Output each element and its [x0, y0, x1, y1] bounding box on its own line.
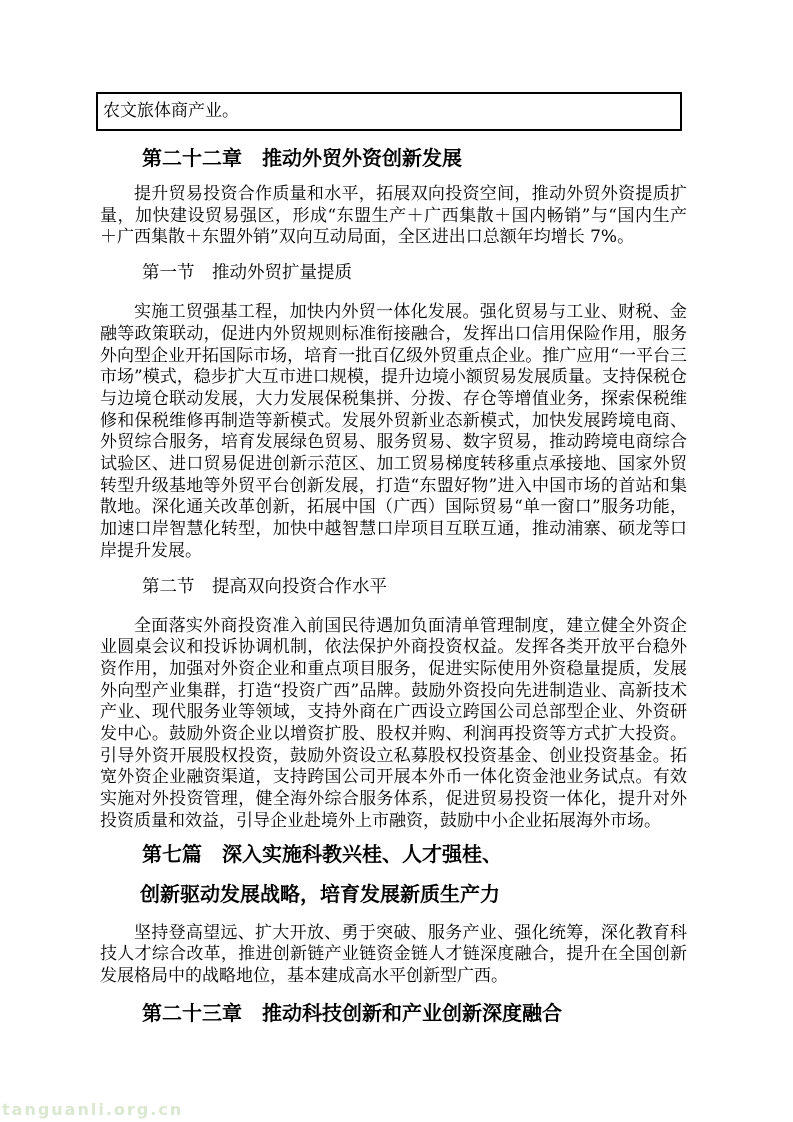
chapter-23-title: 第二十三章 推动科技创新和产业创新深度融合 [100, 1002, 687, 1025]
section-1-paragraph: 实施工贸强基工程，加快内外贸一体化发展。强化贸易与工业、财税、金融等政策联动，促… [100, 302, 687, 562]
part-7-title-line-2: 创新驱动发展战略，培育发展新质生产力 [100, 883, 687, 906]
document-page: 农文旅体商产业。 第二十二章 推动外贸外资创新发展 提升贸易投资合作质量和水平，… [0, 0, 793, 1122]
site-watermark: tanguanli.org.cn [2, 1100, 183, 1119]
chapter-22-title: 第二十二章 推动外贸外资创新发展 [100, 147, 687, 170]
section-2-title: 第二节 提高双向投资合作水平 [100, 577, 687, 598]
chapter-22-intro-paragraph: 提升贸易投资合作质量和水平，拓展双向投资空间，推动外贸外资提质扩量，加快建设贸易… [100, 184, 687, 249]
section-2-paragraph: 全面落实外商投资准入前国民待遇加负面清单管理制度，建立健全外资企业圆桌会议和投诉… [100, 616, 687, 833]
part-7-title-line-1: 第七篇 深入实施科教兴桂、人才强桂、 [100, 843, 687, 866]
page-content: 农文旅体商产业。 第二十二章 推动外贸外资创新发展 提升贸易投资合作质量和水平，… [100, 92, 687, 1025]
excerpt-box: 农文旅体商产业。 [96, 92, 682, 131]
section-1-title: 第一节 推动外贸扩量提质 [100, 263, 687, 284]
excerpt-box-text: 农文旅体商产业。 [103, 101, 239, 121]
part-7-intro-paragraph: 坚持登高望远、扩大开放、勇于突破、服务产业、强化统筹，深化教育科技人才综合改革，… [100, 923, 687, 988]
